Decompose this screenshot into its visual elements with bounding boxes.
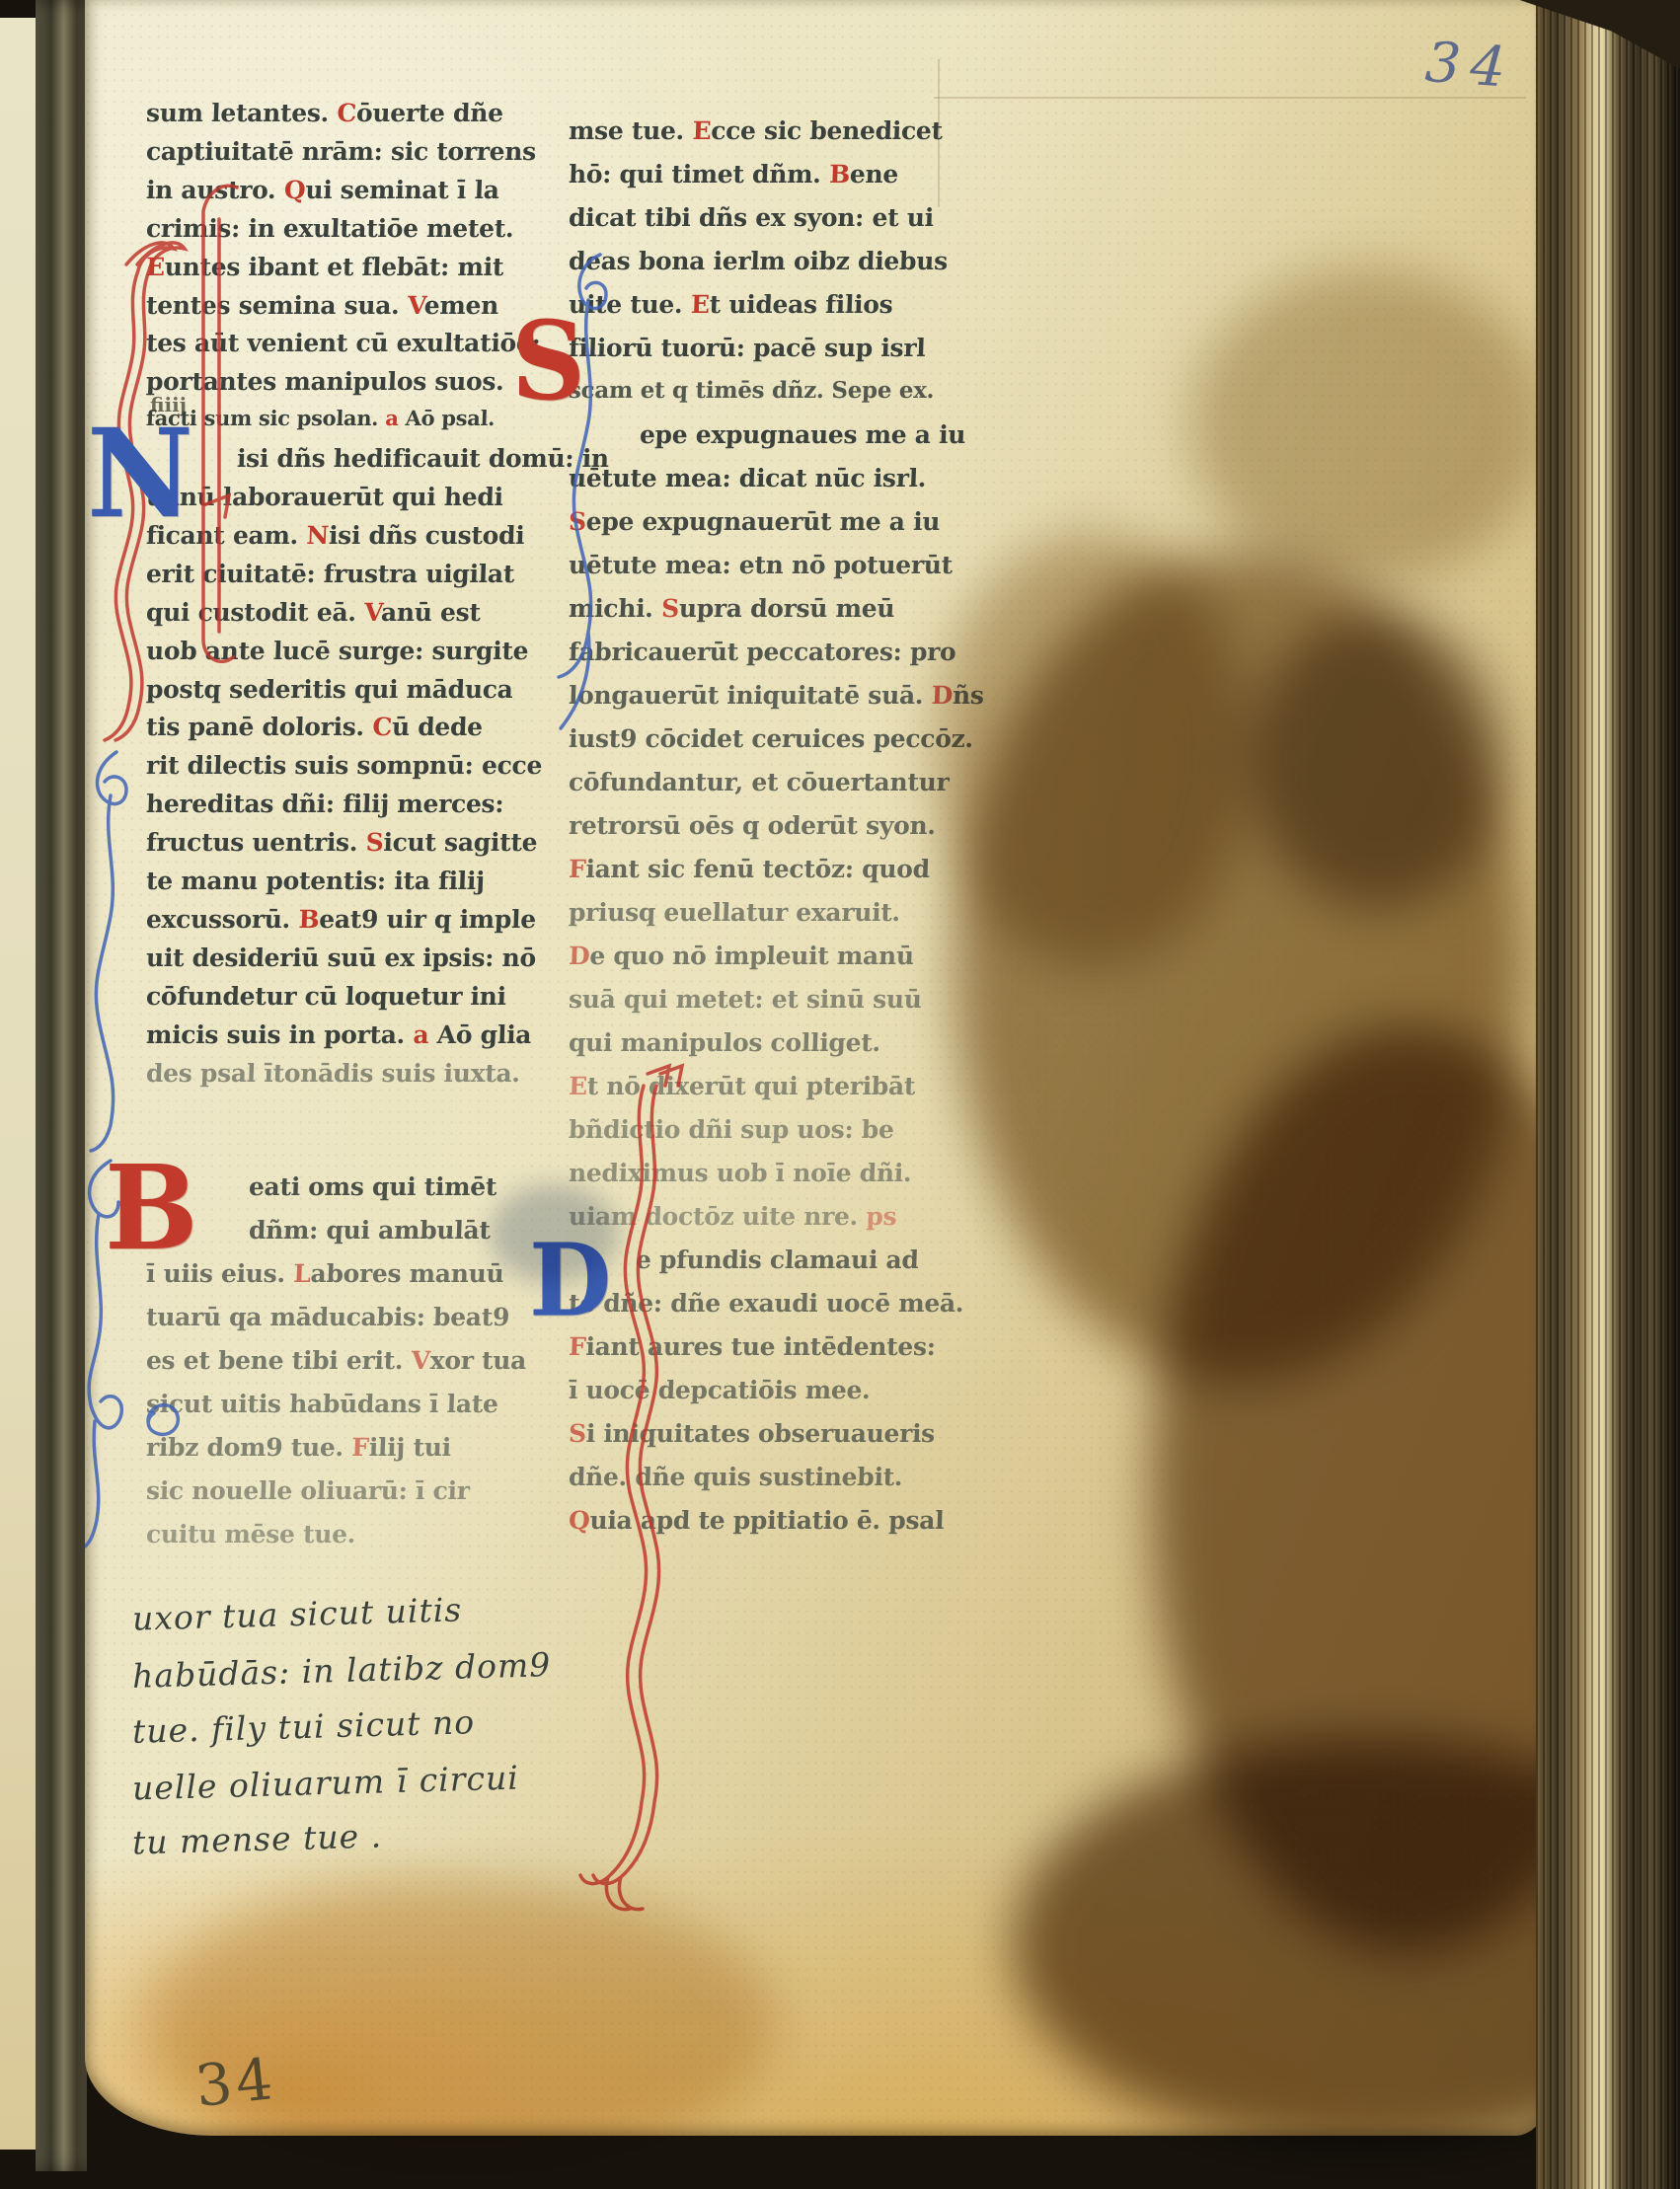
body-text: i iniquitates obseruaueris <box>585 1419 935 1448</box>
rubric-text: E <box>568 1072 587 1100</box>
body-text: tis panē doloris. <box>145 713 372 741</box>
text-line: tue. fily tui sicut no <box>132 1702 476 1751</box>
body-text: tu mense tue . <box>132 1816 383 1861</box>
text-line: uite tue. Et uideas filios <box>568 290 892 319</box>
stain-blob <box>144 1875 776 2171</box>
body-text: iust9 cōcidet ceruices peccōz. <box>568 724 973 753</box>
text-line: crimis: in exultatiōe metet. <box>145 214 513 243</box>
body-text: sic nouelle oliuarū: ī cir <box>145 1476 470 1505</box>
body-text: captiuitatē nrām: sic torrens <box>145 137 536 166</box>
rubric-text: S <box>568 507 586 536</box>
text-line: in austro. Qui seminat ī la <box>145 176 499 204</box>
body-text: uit desideriū suū ex ipsis: nō <box>145 944 536 972</box>
rubric-text: E <box>692 116 712 145</box>
text-line: mse tue. Ecce sic benedicet <box>568 116 943 145</box>
text-line: ribz dom9 tue. Filij tui <box>145 1433 451 1462</box>
rubric-text: Q <box>283 176 305 204</box>
folio-number-top: 34 <box>1423 31 1518 101</box>
rubric-text: V <box>408 291 425 320</box>
body-text: eati oms qui timēt <box>248 1172 496 1201</box>
body-text: postq sederitis qui māduca <box>145 675 513 704</box>
rubric-text: F <box>568 855 585 883</box>
initial-N-nisi: N <box>87 422 193 525</box>
body-text: hō: qui timet dñm. <box>568 160 829 189</box>
body-text: ñs <box>953 681 985 710</box>
body-text: nediximus uob ī noīe dñi. <box>568 1159 911 1187</box>
text-line: dñm: qui ambulāt <box>248 1216 491 1245</box>
folio-number-bottom: 34 <box>192 2045 279 2120</box>
text-line: postq sederitis qui māduca <box>145 675 513 704</box>
body-text: excussorū. <box>145 905 299 934</box>
text-line: uētute mea: dicat nūc isrl. <box>568 464 926 492</box>
body-text: sum letantes. <box>145 99 337 127</box>
text-line: rit dilectis suis sompnū: ecce <box>145 751 542 780</box>
text-line: qui manipulos colliget. <box>568 1028 880 1057</box>
body-text: portantes manipulos suos. <box>145 367 504 396</box>
rubric-text: a <box>413 1020 429 1049</box>
text-line: des psal ītonādis suis iuxta. <box>145 1059 520 1088</box>
body-text: tes aūt venient cū exultatiōe: <box>145 329 540 357</box>
body-text: deas bona ierlm oibz diebus <box>568 247 948 275</box>
facing-page-edge <box>0 18 38 2150</box>
rubric-text: Q <box>568 1506 589 1535</box>
text-line: dicat tibi dñs ex syon: et ui <box>568 203 934 232</box>
body-text: ribz dom9 tue. <box>145 1433 351 1462</box>
body-text: anū est <box>381 598 482 627</box>
text-line: Fiant aures tue intēdentes: <box>568 1332 936 1361</box>
text-line: facti sum sic psolan. a Aō psal. <box>146 406 496 430</box>
text-line: habūdās: in latibz dom9 <box>132 1645 552 1696</box>
body-text: sicut uitis habūdans ī late <box>145 1390 498 1418</box>
rubric-text: a <box>385 406 399 430</box>
text-line: hereditas dñi: filij merces: <box>145 790 503 818</box>
text-line: uelle oliuarum ī circui <box>132 1759 520 1808</box>
text-line: te dñe: dñe exaudi uocē meā. <box>568 1289 963 1318</box>
initial-S-sepe: S <box>511 316 585 407</box>
parchment-page: 34 34 fiiij sum letantes. Cōuerte dñecap… <box>85 0 1544 2136</box>
body-text: mse tue. <box>568 116 692 145</box>
body-text: micis suis in porta. <box>145 1020 414 1049</box>
text-line: te manu potentis: ita filij <box>145 867 485 895</box>
text-line: micis suis in porta. a Aō glia <box>145 1020 531 1049</box>
body-text: ū dede <box>391 713 483 741</box>
text-line: suā qui metet: et sinū suū <box>568 985 922 1014</box>
body-text: isi dñs custodi <box>329 521 525 550</box>
text-line: cōfundantur, et cōuertantur <box>568 768 949 796</box>
text-line: ī uocē depcatiōis mee. <box>568 1376 871 1404</box>
text-line: qui custodit eā. Vanū est <box>145 598 481 627</box>
rubric-text: D <box>568 942 589 970</box>
text-line: eati oms qui timēt <box>248 1172 496 1201</box>
text-line: cōfundetur cū loquetur ini <box>145 982 506 1011</box>
body-text: habūdās: in latibz dom9 <box>132 1645 552 1696</box>
text-line: erit ciuitatē: frustra uigilat <box>145 560 514 588</box>
text-line: longauerūt iniquitatē suā. Dñs <box>568 681 984 710</box>
rubric-text: L <box>293 1259 311 1288</box>
left-column-beati-text: eati oms qui timētdñm: qui ambulātī uiis… <box>146 1172 541 1587</box>
body-text: upra dorsū meū <box>678 594 894 623</box>
body-text: qui manipulos colliget. <box>568 1028 880 1057</box>
body-text: rit dilectis suis sompnū: ecce <box>145 751 542 780</box>
rubric-text: N <box>306 521 330 550</box>
body-text: fabricauerūt peccatores: pro <box>568 638 955 666</box>
text-line: e pfundis clamaui ad <box>635 1245 919 1274</box>
text-line: fructus uentris. Sicut sagitte <box>145 828 537 857</box>
text-line: cuitu mēse tue. <box>145 1520 355 1548</box>
body-text: t nō dixerūt qui pteribāt <box>586 1072 915 1100</box>
manuscript-photo: 34 34 fiiij sum letantes. Cōuerte dñecap… <box>0 0 1680 2189</box>
body-text: t uideas filios <box>709 290 893 319</box>
text-line: tuarū qa māducabis: beat9 <box>145 1303 509 1331</box>
rubric-text: F <box>351 1433 369 1462</box>
body-text: erit ciuitatē: frustra uigilat <box>145 560 514 588</box>
body-text: uētute mea: dicat nūc isrl. <box>568 464 926 492</box>
rubric-text: S <box>661 594 680 623</box>
body-text: isi dñs hedificauit domū: in <box>236 444 609 473</box>
text-line: hō: qui timet dñm. Bene <box>568 160 898 189</box>
body-text: epe expugnauerūt me a iu <box>585 507 940 536</box>
text-line: sicut uitis habūdans ī late <box>145 1390 498 1418</box>
text-line: Si iniquitates obseruaueris <box>568 1419 935 1448</box>
text-line: sic nouelle oliuarū: ī cir <box>145 1476 470 1505</box>
rubric-text: C <box>337 99 357 127</box>
stain-blob <box>934 533 1250 967</box>
left-column-text: sum letantes. Cōuerte dñecaptiuitatē nrā… <box>146 99 541 1105</box>
body-text: dñe. dñe quis sustinebit. <box>568 1463 902 1491</box>
text-line: portantes manipulos suos. <box>145 367 504 396</box>
text-line: ī uiis eius. Labores manuū <box>145 1259 503 1288</box>
text-line: De quo nō impleuit manū <box>568 942 914 970</box>
body-text: uob ante lucē surge: surgite <box>145 637 528 665</box>
text-line: Quia apd te ppitiatio ē. psal <box>568 1506 944 1535</box>
body-text: uētute mea: etn nō potuerūt <box>568 551 953 579</box>
text-line: tu mense tue . <box>132 1816 383 1861</box>
initial-B-beati: B <box>105 1161 198 1258</box>
text-line: uob ante lucē surge: surgite <box>145 637 528 665</box>
body-text: suā qui metet: et sinū suū <box>568 985 922 1014</box>
body-text: uxor tua sicut uitis <box>132 1590 463 1637</box>
rubric-text: V <box>364 598 382 627</box>
text-line: excussorū. Beat9 uir q imple <box>145 905 536 934</box>
body-text: fructus uentris. <box>145 828 366 857</box>
body-text: untes ibant et flebāt: mit <box>164 253 503 281</box>
text-line: uētute mea: etn nō potuerūt <box>568 551 953 579</box>
text-line: uxor tua sicut uitis <box>132 1590 463 1637</box>
text-line: captiuitatē nrām: sic torrens <box>145 137 536 166</box>
body-text: crimis: in exultatiōe metet. <box>145 214 513 243</box>
body-text: uiam doctōz uite nre. <box>568 1202 866 1231</box>
body-text: emen <box>423 291 498 320</box>
body-text: iant sic fenū tectōz: quod <box>585 855 930 883</box>
body-text: cōfundantur, <box>568 768 751 796</box>
body-text: ui seminat ī la <box>305 176 499 204</box>
text-line: scam et q timēs dñz. Sepe ex. <box>569 377 935 404</box>
rubric-text: E <box>145 253 165 281</box>
text-line: es et bene tibi erit. Vxor tua <box>145 1346 526 1375</box>
body-text: Aō psal. <box>398 406 495 430</box>
body-text: te dñe: dñe exaudi uocē meā. <box>568 1289 963 1318</box>
text-line: uit desideriū suū ex ipsis: nō <box>145 944 536 972</box>
rubric-text: C <box>372 713 393 741</box>
rubric-text: ps <box>866 1202 897 1231</box>
text-line: michi. Supra dorsū meū <box>568 594 894 623</box>
text-line: retrorsū oēs q oderūt syon. <box>568 811 936 840</box>
initial-D-deprofundis: D <box>529 1240 611 1323</box>
body-text: es et bene tibi erit. <box>145 1346 412 1375</box>
body-text: priusq euellatur exaruit. <box>568 898 900 927</box>
text-line: Et nō dixerūt qui pteribāt <box>568 1072 915 1100</box>
text-line: dñe. dñe quis sustinebit. <box>568 1463 902 1491</box>
rubric-text: B <box>829 160 851 189</box>
text-line: tes aūt venient cū exultatiōe: <box>145 329 540 357</box>
text-line: sum letantes. Cōuerte dñe <box>145 99 503 127</box>
right-column-text: mse tue. Ecce sic benedicethō: qui timet… <box>569 116 963 1577</box>
rubric-text: S <box>365 828 384 857</box>
rubric-text: V <box>411 1346 430 1375</box>
body-text: Aō glia <box>428 1020 532 1049</box>
rubric-text: D <box>931 681 953 710</box>
body-text: dñm: qui ambulāt <box>248 1216 491 1245</box>
body-text: dicat tibi dñs ex syon: et ui <box>568 203 934 232</box>
body-text: tuarū qa māducabis: beat9 <box>145 1303 509 1331</box>
body-text: cōfundetur cū loquetur ini <box>145 982 506 1011</box>
body-text: abores manuū <box>310 1259 504 1288</box>
body-text: cuitu mēse tue. <box>145 1520 355 1548</box>
text-line: uanū laborauerūt qui hedi <box>145 483 503 511</box>
text-line: tentes semina sua. Vemen <box>145 291 498 320</box>
text-line: Sepe expugnauerūt me a iu <box>568 507 940 536</box>
body-text: ōuerte dñe <box>356 99 504 127</box>
body-text: in austro. <box>145 176 284 204</box>
body-text: uelle oliuarum ī circui <box>132 1759 520 1808</box>
body-text: des psal ītonādis suis iuxta. <box>145 1059 520 1088</box>
rubric-text: E <box>690 290 710 319</box>
text-line: filiorū tuorū: pacē sup isrl <box>568 334 925 362</box>
body-text: ī uocē depcatiōis mee. <box>568 1376 871 1404</box>
text-line: Euntes ibant et flebāt: mit <box>145 253 503 281</box>
body-text: qui custodit eā. <box>145 598 364 627</box>
body-text: iant aures tue intēdentes: <box>585 1332 936 1361</box>
body-text: michi. <box>568 594 661 623</box>
text-line: epe expugnaues me a iu <box>639 420 965 449</box>
body-text: tue. fily tui sicut no <box>132 1702 476 1751</box>
text-line: ficant eam. Nisi dñs custodi <box>145 521 524 550</box>
text-line: iust9 cōcidet ceruices peccōz. <box>568 724 973 753</box>
text-line: tis panē doloris. Cū dede <box>145 713 483 741</box>
body-text: epe expugnaues me a iu <box>639 420 965 449</box>
text-line: isi dñs hedificauit domū: in <box>236 444 609 473</box>
cursive-addition-text: uxor tua sicut uitishabūdās: in latibz d… <box>132 1595 596 1891</box>
body-text: eat9 uir q imple <box>319 905 537 934</box>
body-text: e quo nō impleuit manū <box>589 942 914 970</box>
body-text: uanū laborauerūt qui hedi <box>145 483 503 511</box>
body-text: hereditas dñi: filij merces: <box>145 790 503 818</box>
text-line: uiam doctōz uite nre. ps <box>568 1202 896 1231</box>
body-text: cce sic benedicet <box>711 116 944 145</box>
body-text: uite tue. <box>568 290 691 319</box>
rubric-text: S <box>568 1419 586 1448</box>
body-text: longauerūt iniquitatē suā. <box>568 681 932 710</box>
text-line: fabricauerūt peccatores: pro <box>568 638 955 666</box>
book-fore-edge <box>1536 0 1680 2189</box>
text-line: deas bona ierlm oibz diebus <box>568 247 948 275</box>
body-text: bñdictio dñi sup uos: be <box>568 1115 894 1144</box>
text-line: Fiant sic fenū tectōz: quod <box>568 855 930 883</box>
text-line: nediximus uob ī noīe dñi. <box>568 1159 911 1187</box>
stain-blob <box>1190 266 1546 582</box>
body-text: icut sagitte <box>383 828 538 857</box>
body-text: et cōuertantur <box>751 768 950 796</box>
body-text: retrorsū oēs q oderūt syon. <box>568 811 936 840</box>
body-text: e pfundis clamaui ad <box>635 1245 919 1274</box>
binding-gutter <box>36 0 87 2171</box>
body-text: scam et q timēs dñz. Sepe ex. <box>569 377 935 404</box>
rubric-text: B <box>298 905 320 934</box>
text-line: priusq euellatur exaruit. <box>568 898 900 927</box>
blue-flourish-left <box>91 752 126 1151</box>
stain-blob <box>954 553 1526 1382</box>
body-text: xor tua <box>429 1346 526 1375</box>
body-text: ene <box>849 160 898 189</box>
stain-blob <box>1250 612 1506 908</box>
body-text: te manu potentis: ita filij <box>145 867 485 895</box>
body-text: filiorū tuorū: pacē sup isrl <box>568 334 925 362</box>
body-text: uia apd te ppitiatio ē. psal <box>589 1506 945 1535</box>
body-text: ilij tui <box>368 1433 451 1462</box>
text-line: bñdictio dñi sup uos: be <box>568 1115 894 1144</box>
body-text: tentes semina sua. <box>145 291 408 320</box>
ruling-line <box>934 97 1526 99</box>
